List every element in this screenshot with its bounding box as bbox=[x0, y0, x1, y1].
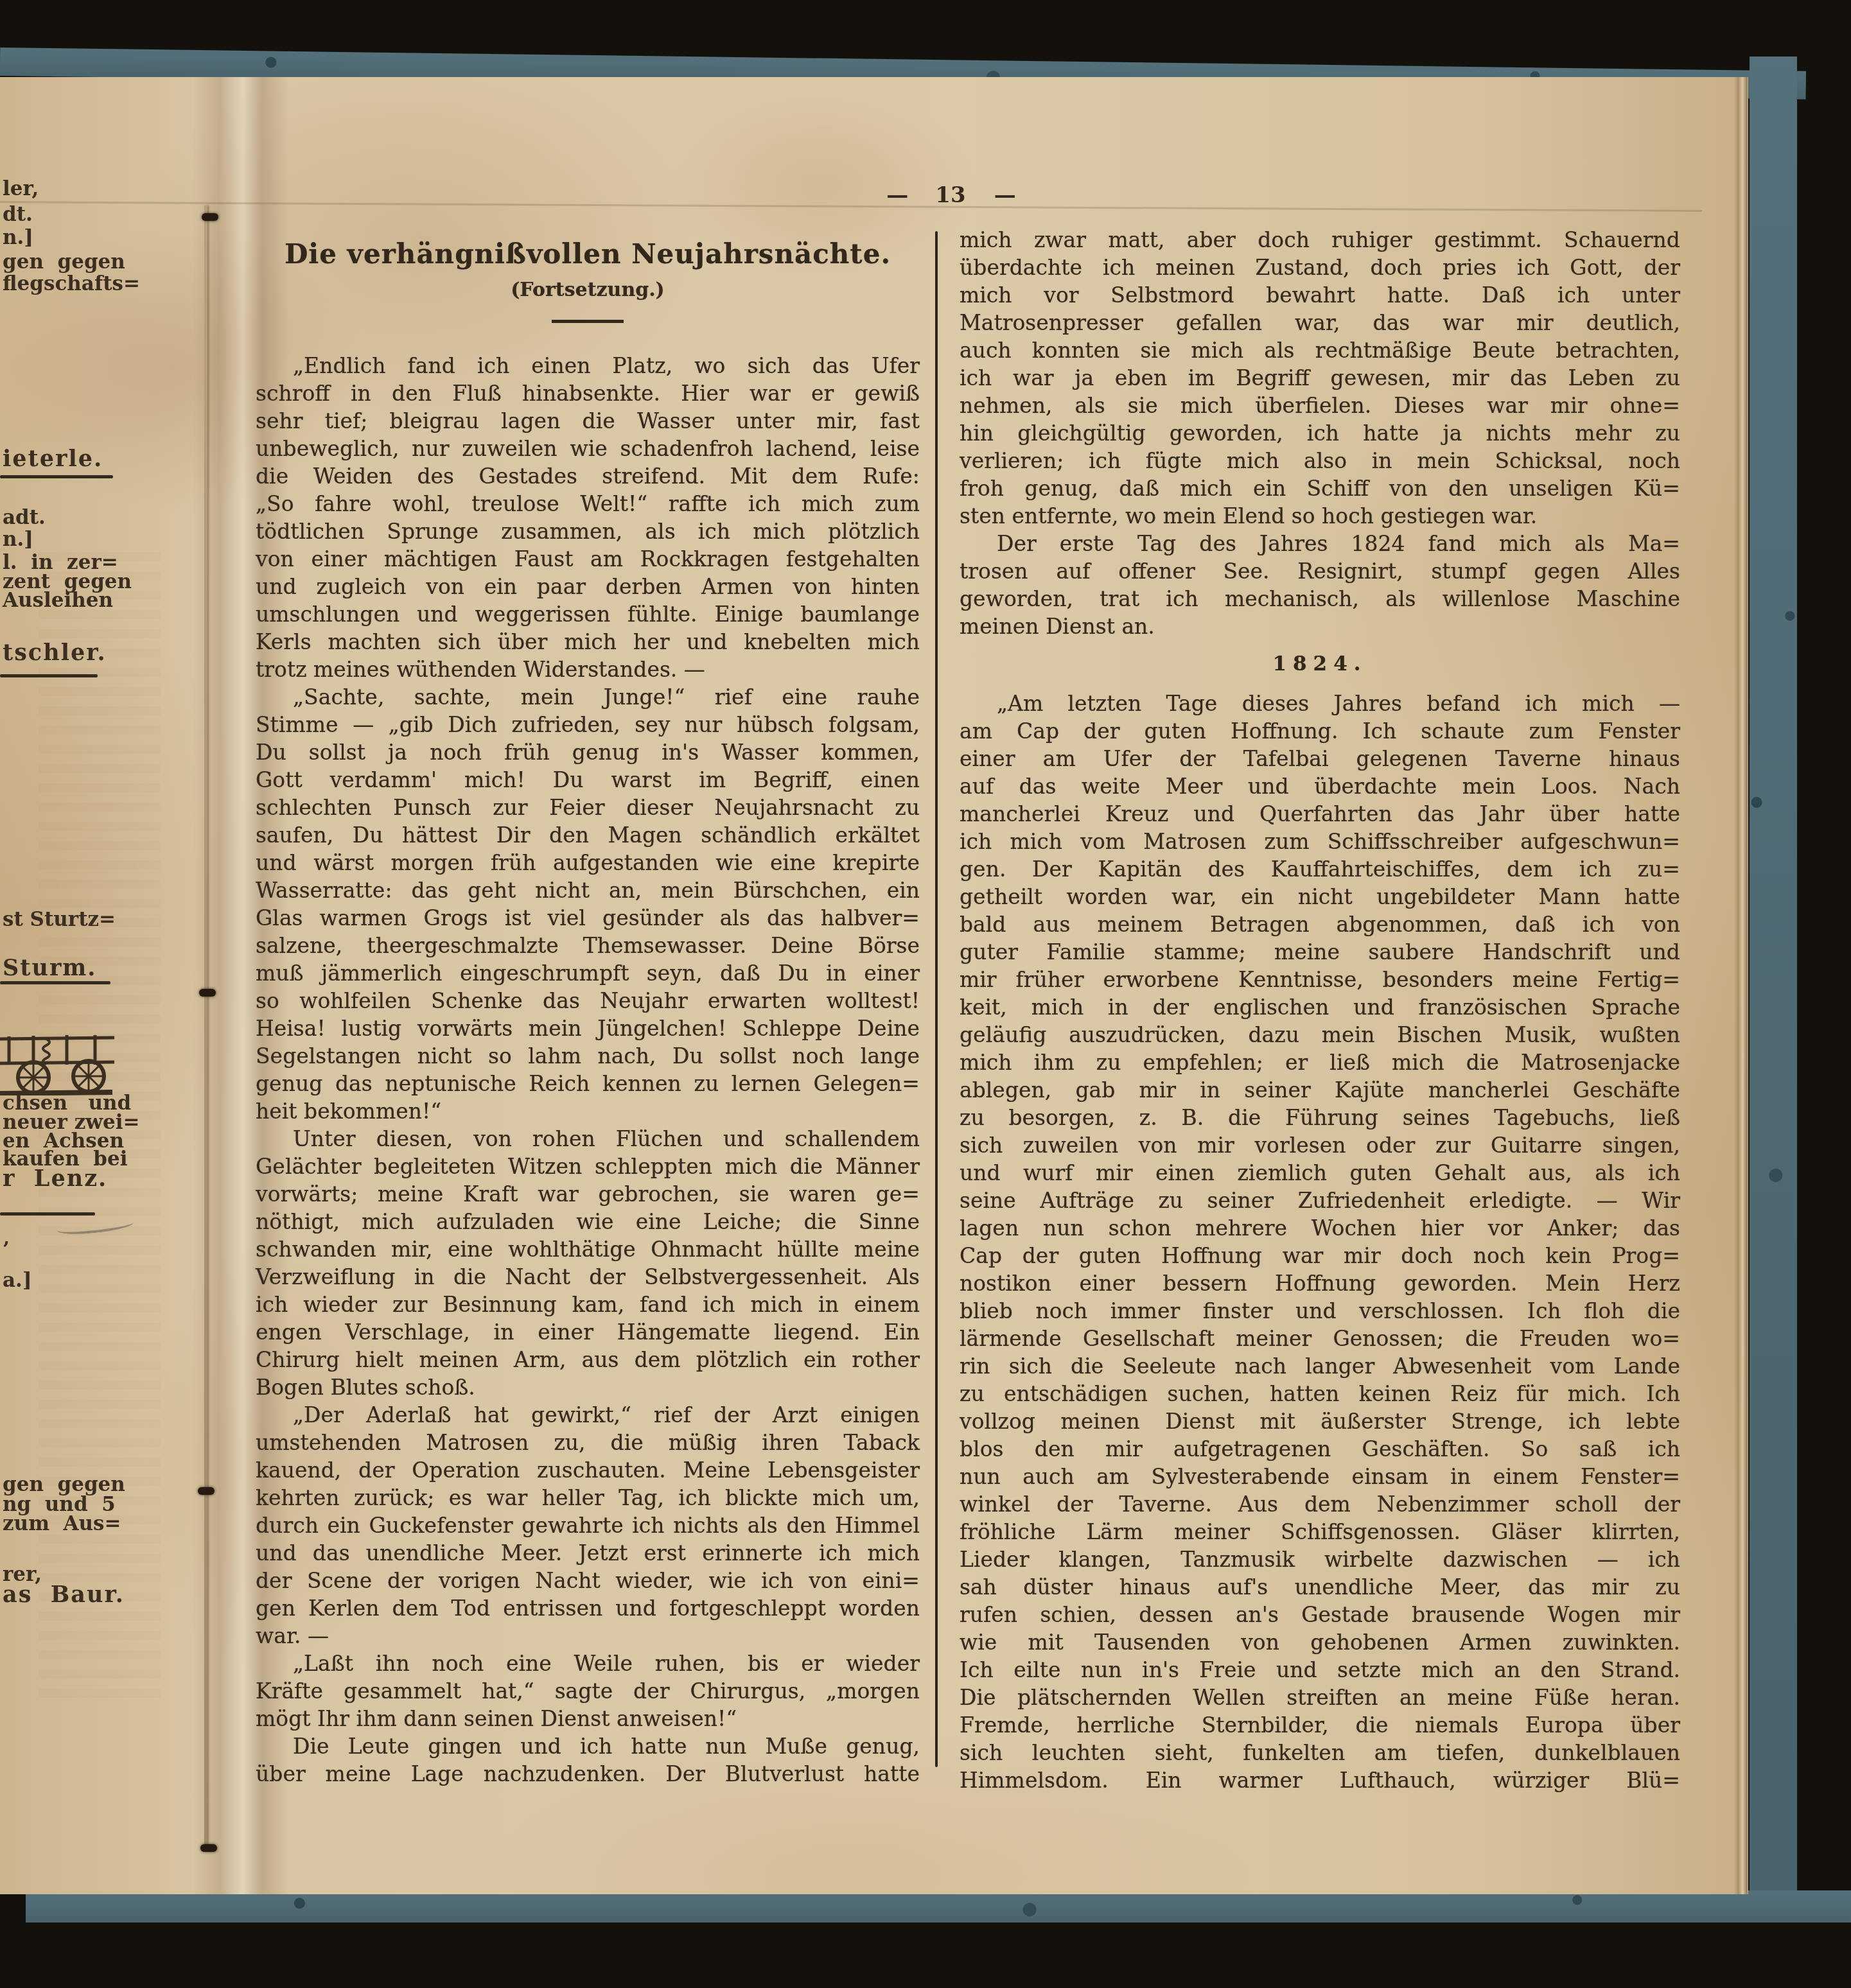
page-number-dash-left: — bbox=[886, 182, 907, 208]
text-line: schlechten Punsch zur Feier dieser Neuja… bbox=[256, 794, 920, 821]
gutter-rule bbox=[0, 674, 98, 677]
gutter-fragment: ieterle. bbox=[3, 446, 103, 472]
text-line: bald aus meinem Betragen abgenommen, daß… bbox=[960, 911, 1680, 938]
text-line: Chirurg hielt meinen Arm, aus dem plötzl… bbox=[256, 1346, 920, 1373]
text-line: zu besorgen, z. B. die Führung seines Ta… bbox=[960, 1104, 1680, 1131]
book-cover-edge-right bbox=[1750, 57, 1797, 1921]
text-line: muß jämmerlich eingeschrumpft seyn, daß … bbox=[256, 959, 920, 987]
text-line: engen Verschlage, in einer Hängematte li… bbox=[256, 1318, 920, 1346]
text-line: nöthigt, mich aufzuladen wie eine Leiche… bbox=[256, 1208, 920, 1235]
gutter-fragment: ’ bbox=[3, 1238, 10, 1261]
text-line: heit bekommen!“ bbox=[256, 1097, 920, 1125]
text-line: gen. Der Kapitän des Kauffahrteischiffes… bbox=[960, 855, 1680, 883]
text-line: kehrten zurück; es war heller Tag, ich b… bbox=[256, 1484, 920, 1512]
text-line: unbeweglich, nur zuweilen wie schadenfro… bbox=[256, 435, 920, 462]
gutter-fragment: flegschafts= bbox=[3, 272, 140, 295]
scanned-book-page: — 13 — bbox=[0, 0, 1851, 1988]
text-line: zu entschädigen suchen, hatten keinen Re… bbox=[960, 1380, 1680, 1408]
right-column-body-top: mich zwar matt, aber doch ruhiger gestim… bbox=[960, 226, 1680, 640]
text-line: mögt Ihr ihm dann seinen Dienst anweisen… bbox=[256, 1705, 920, 1732]
paragraph: Der erste Tag des Jahres 1824 fand mich … bbox=[960, 530, 1680, 640]
text-line: Lieder klangen, Tanzmusik wirbelte dazwi… bbox=[960, 1546, 1680, 1573]
text-line: über meine Lage nachzudenken. Der Blutve… bbox=[256, 1760, 920, 1788]
paragraph: Unter diesen, von rohen Flüchen und scha… bbox=[256, 1125, 920, 1401]
text-line: schroff in den Fluß hinabsenkte. Hier wa… bbox=[256, 379, 920, 407]
text-line: ablegen, gab mir in seiner Kajüte manche… bbox=[960, 1076, 1680, 1104]
text-line: war. — bbox=[256, 1622, 920, 1650]
text-line: Himmelsdom. Ein warmer Lufthauch, würzig… bbox=[960, 1766, 1680, 1794]
text-line: der Scene der vorigen Nacht wieder, wie … bbox=[256, 1567, 920, 1594]
gutter-fragment: r Lenz. bbox=[3, 1165, 107, 1192]
book-cover-edge-bottom bbox=[26, 1890, 1851, 1923]
page-number-dash-right: — bbox=[994, 182, 1015, 208]
binding-stitch bbox=[199, 989, 216, 997]
text-line: sich zuweilen von mir vorlesen oder zur … bbox=[960, 1131, 1680, 1159]
text-line: Matrosenpresser gefallen war, das war mi… bbox=[960, 309, 1680, 336]
column-divider-rule bbox=[935, 231, 938, 1767]
text-line: „Endlich fand ich einen Platz, wo sich d… bbox=[256, 352, 920, 379]
text-line: von einer mächtigen Faust am Rockkragen … bbox=[256, 545, 920, 573]
text-line: Stimme — „gib Dich zufrieden, sey nur hü… bbox=[256, 711, 920, 738]
text-line: schwanden mir, eine wohlthätige Ohnmacht… bbox=[256, 1235, 920, 1263]
text-line: Unter diesen, von rohen Flüchen und scha… bbox=[256, 1125, 920, 1153]
text-line: trotz meines wüthenden Widerstandes. — bbox=[256, 656, 920, 683]
text-line: sehr tief; bleigrau lagen die Wasser unt… bbox=[256, 407, 920, 435]
text-line: und wärst morgen früh aufgestanden wie e… bbox=[256, 849, 920, 876]
text-line: nostikon einer bessern Hoffnung geworden… bbox=[960, 1269, 1680, 1297]
text-line: meinen Dienst an. bbox=[960, 613, 1680, 640]
text-line: ich mich vom Matrosen zum Schiffsschreib… bbox=[960, 828, 1680, 855]
binding-thread bbox=[204, 205, 207, 1849]
binding-stitch bbox=[198, 1487, 215, 1495]
text-line: verlieren; ich fügte mich also in mein S… bbox=[960, 447, 1680, 475]
text-line: die Weiden des Gestades streifend. Mit d… bbox=[256, 462, 920, 490]
paragraph: „Der Aderlaß hat gewirkt,“ rief der Arzt… bbox=[256, 1401, 920, 1650]
text-line: saufen, Du hättest Dir den Magen schändl… bbox=[256, 821, 920, 849]
gutter-fragment: Sturm. bbox=[3, 955, 97, 981]
text-line: Fremde, herrliche Sternbilder, die niema… bbox=[960, 1711, 1680, 1739]
text-line: Wasserratte: das geht nicht an, mein Bür… bbox=[256, 876, 920, 904]
gutter-rule bbox=[0, 475, 113, 478]
text-line: auch konnten sie mich als rechtmäßige Be… bbox=[960, 336, 1680, 364]
right-column-body-bottom: „Am letzten Tage dieses Jahres befand ic… bbox=[960, 690, 1680, 1794]
text-line: Die Leute gingen und ich hatte nun Muße … bbox=[256, 1732, 920, 1760]
text-line: und das unendliche Meer. Jetzt erst erin… bbox=[256, 1539, 920, 1567]
text-line: Kräfte gesammelt hat,“ sagte der Chirurg… bbox=[256, 1677, 920, 1705]
text-line: Der erste Tag des Jahres 1824 fand mich … bbox=[960, 530, 1680, 557]
text-line: Gott verdamm' mich! Du warst im Begriff,… bbox=[256, 766, 920, 794]
text-line: rin sich die Seeleute nach langer Abwese… bbox=[960, 1352, 1680, 1380]
paragraph: „Endlich fand ich einen Platz, wo sich d… bbox=[256, 352, 920, 683]
gutter-fragment: ler, bbox=[3, 177, 39, 200]
gutter-fragment: dt. bbox=[3, 203, 33, 226]
text-line: wie mit Tausenden von gehobenen Armen zu… bbox=[960, 1628, 1680, 1656]
text-line: vorwärts; meine Kraft war gebrochen, sie… bbox=[256, 1180, 920, 1208]
text-line: sah düster hinaus auf's unendliche Meer,… bbox=[960, 1573, 1680, 1601]
page-number: 13 bbox=[935, 182, 965, 208]
text-line: und zugleich von ein paar derben Armen v… bbox=[256, 573, 920, 600]
text-line: am Cap der guten Hoffnung. Ich schaute z… bbox=[960, 717, 1680, 745]
text-line: mich vor Selbstmord bewahrt hatte. Daß i… bbox=[960, 281, 1680, 309]
paragraph: „Am letzten Tage dieses Jahres befand ic… bbox=[960, 690, 1680, 1794]
page-edge-lines bbox=[1734, 77, 1748, 1894]
gutter-fragment: st Sturtz= bbox=[3, 908, 116, 931]
gutter-fragment: tschler. bbox=[3, 640, 107, 666]
text-line: sten entfernte, wo mein Elend so hoch ge… bbox=[960, 502, 1680, 530]
text-line: seine Aufträge zu seiner Zufriedenheit e… bbox=[960, 1187, 1680, 1214]
text-line: genug das neptunische Reich kennen zu le… bbox=[256, 1070, 920, 1097]
text-line: gen Kerlen dem Tod entrissen und fortges… bbox=[256, 1594, 920, 1622]
text-line: sich leuchten sieht, funkelten am tiefen… bbox=[960, 1739, 1680, 1766]
gutter-fragment: a.] bbox=[3, 1269, 32, 1292]
paragraph: Die Leute gingen und ich hatte nun Muße … bbox=[256, 1732, 920, 1788]
text-line: Cap der guten Hoffnung war mir doch noch… bbox=[960, 1242, 1680, 1269]
text-line: Heisa! lustig vorwärts mein Jüngelchen! … bbox=[256, 1015, 920, 1042]
text-line: lärmende Gesellschaft meiner Genossen; d… bbox=[960, 1325, 1680, 1352]
text-line: umstehenden Matrosen zu, die müßig ihren… bbox=[256, 1429, 920, 1456]
gutter-rule bbox=[0, 1212, 95, 1216]
gutter-fragment: gen gegen bbox=[3, 250, 125, 274]
gutter-fragment: as Baur. bbox=[3, 1582, 125, 1608]
year-heading: 1824. bbox=[960, 650, 1680, 678]
text-line: guter Familie stamme; meine saubere Hand… bbox=[960, 938, 1680, 966]
text-line: tödtlichen Sprunge zusammen, als ich mic… bbox=[256, 518, 920, 545]
text-line: salzene, theergeschmalzte Themsewasser. … bbox=[256, 932, 920, 959]
text-line: überdachte ich meinen Zustand, doch prie… bbox=[960, 254, 1680, 281]
paragraph: „Laßt ihn noch eine Weile ruhen, bis er … bbox=[256, 1650, 920, 1732]
text-line: Bogen Blutes schoß. bbox=[256, 1373, 920, 1401]
text-line: umschlungen und weggerissen fühlte. Eini… bbox=[256, 600, 920, 628]
text-line: nun auch am Sylvesterabende einsam in ei… bbox=[960, 1463, 1680, 1490]
text-line: ich war ja eben im Begriff gewesen, mir … bbox=[960, 364, 1680, 392]
text-line: „Der Aderlaß hat gewirkt,“ rief der Arzt… bbox=[256, 1401, 920, 1429]
text-line: winkel der Taverne. Aus dem Nebenzimmer … bbox=[960, 1490, 1680, 1518]
text-line: Glas warmen Grogs ist viel gesünder als … bbox=[256, 904, 920, 932]
text-line: trosen auf offener See. Resignirt, stump… bbox=[960, 557, 1680, 585]
text-line: Die plätschernden Wellen streiften an me… bbox=[960, 1684, 1680, 1711]
text-line: froh genug, daß mich ein Schiff von den … bbox=[960, 475, 1680, 502]
text-line: blos den mir aufgetragenen Geschäften. S… bbox=[960, 1435, 1680, 1463]
left-column-body: „Endlich fand ich einen Platz, wo sich d… bbox=[256, 352, 920, 1788]
binding-stitch bbox=[202, 213, 218, 221]
gutter-fragment: n.] bbox=[3, 528, 33, 551]
gutter-fragment: Ausleihen bbox=[3, 589, 113, 612]
gutter-fragment: zum Aus= bbox=[3, 1512, 121, 1535]
text-line: getheilt worden war, ein nicht ungebilde… bbox=[960, 883, 1680, 911]
text-line: rufen schien, dessen an's Gestade brause… bbox=[960, 1601, 1680, 1628]
text-line: keit, mich in der englischen und französ… bbox=[960, 993, 1680, 1021]
text-line: „So fahre wohl, treulose Welt!“ raffte i… bbox=[256, 490, 920, 518]
text-line: Verzweiflung in die Nacht der Selbstverg… bbox=[256, 1263, 920, 1291]
paragraph: mich zwar matt, aber doch ruhiger gestim… bbox=[960, 226, 1680, 530]
left-column: Die verhängnißvollen Neujahrsnächte. (Fo… bbox=[256, 238, 920, 1788]
text-line: und wurf mir einen ziemlich guten Gehalt… bbox=[960, 1159, 1680, 1187]
text-line: „Sachte, sachte, mein Junge!“ rief eine … bbox=[256, 683, 920, 711]
text-line: kauend, der Operation zuschauten. Meine … bbox=[256, 1456, 920, 1484]
wagon-woodcut-icon bbox=[0, 1031, 117, 1095]
text-line: fröhliche Lärm meiner Schiffsgenossen. G… bbox=[960, 1518, 1680, 1546]
text-line: einer am Ufer der Tafelbai gelegenen Tav… bbox=[960, 745, 1680, 772]
text-line: „Laßt ihn noch eine Weile ruhen, bis er … bbox=[256, 1650, 920, 1677]
text-line: geworden, trat ich mechanisch, als wille… bbox=[960, 585, 1680, 613]
article-subtitle: (Fortsetzung.) bbox=[256, 276, 920, 304]
text-line: Gelächter begleiteten Witzen schleppten … bbox=[256, 1153, 920, 1180]
text-line: blieb noch immer finster und verschlosse… bbox=[960, 1297, 1680, 1325]
text-line: „Am letzten Tage dieses Jahres befand ic… bbox=[960, 690, 1680, 717]
text-line: lagen nun schon mehrere Wochen hier vor … bbox=[960, 1214, 1680, 1242]
text-line: auf das weite Meer und überdachte mein L… bbox=[960, 772, 1680, 800]
page-number-header: — 13 — bbox=[822, 182, 1079, 208]
text-line: nehmen, als sie mich überfielen. Dieses … bbox=[960, 392, 1680, 419]
text-line: Ich eilte nun in's Freie und setzte mich… bbox=[960, 1656, 1680, 1684]
text-line: mancherlei Kreuz und Querfahrten das Jah… bbox=[960, 800, 1680, 828]
text-line: Kerls machten sich über mich her und kne… bbox=[256, 628, 920, 656]
text-line: mir früher erworbene Kenntnisse, besonde… bbox=[960, 966, 1680, 993]
text-line: so wohlfeilen Schenke das Neujahr erwart… bbox=[256, 987, 920, 1015]
text-line: ich wieder zur Besinnung kam, fand ich m… bbox=[256, 1291, 920, 1318]
right-column: mich zwar matt, aber doch ruhiger gestim… bbox=[960, 226, 1680, 1794]
text-line: hin gleichgültig geworden, ich hatte ja … bbox=[960, 419, 1680, 447]
text-line: vollzog meinen Dienst mit äußerster Stre… bbox=[960, 1408, 1680, 1435]
text-line: mich ihm zu empfehlen; er ließ mich die … bbox=[960, 1049, 1680, 1076]
gutter-fragment: n.] bbox=[3, 226, 33, 249]
binding-stitch bbox=[200, 1844, 217, 1852]
text-line: durch ein Guckefenster gewahrte ich nich… bbox=[256, 1512, 920, 1539]
paragraph: „Sachte, sachte, mein Junge!“ rief eine … bbox=[256, 683, 920, 1125]
article-title: Die verhängnißvollen Neujahrsnächte. bbox=[256, 238, 920, 271]
text-line: Du sollst ja noch früh genug in's Wasser… bbox=[256, 738, 920, 766]
text-line: Segelstangen nicht so lahm nach, Du soll… bbox=[256, 1042, 920, 1070]
text-line: mich zwar matt, aber doch ruhiger gestim… bbox=[960, 226, 1680, 254]
gutter-rule bbox=[0, 981, 110, 984]
gutter-fragment: adt. bbox=[3, 506, 46, 529]
title-rule bbox=[552, 320, 624, 323]
text-line: geläufig auszudrücken, dazu mein Bischen… bbox=[960, 1021, 1680, 1049]
